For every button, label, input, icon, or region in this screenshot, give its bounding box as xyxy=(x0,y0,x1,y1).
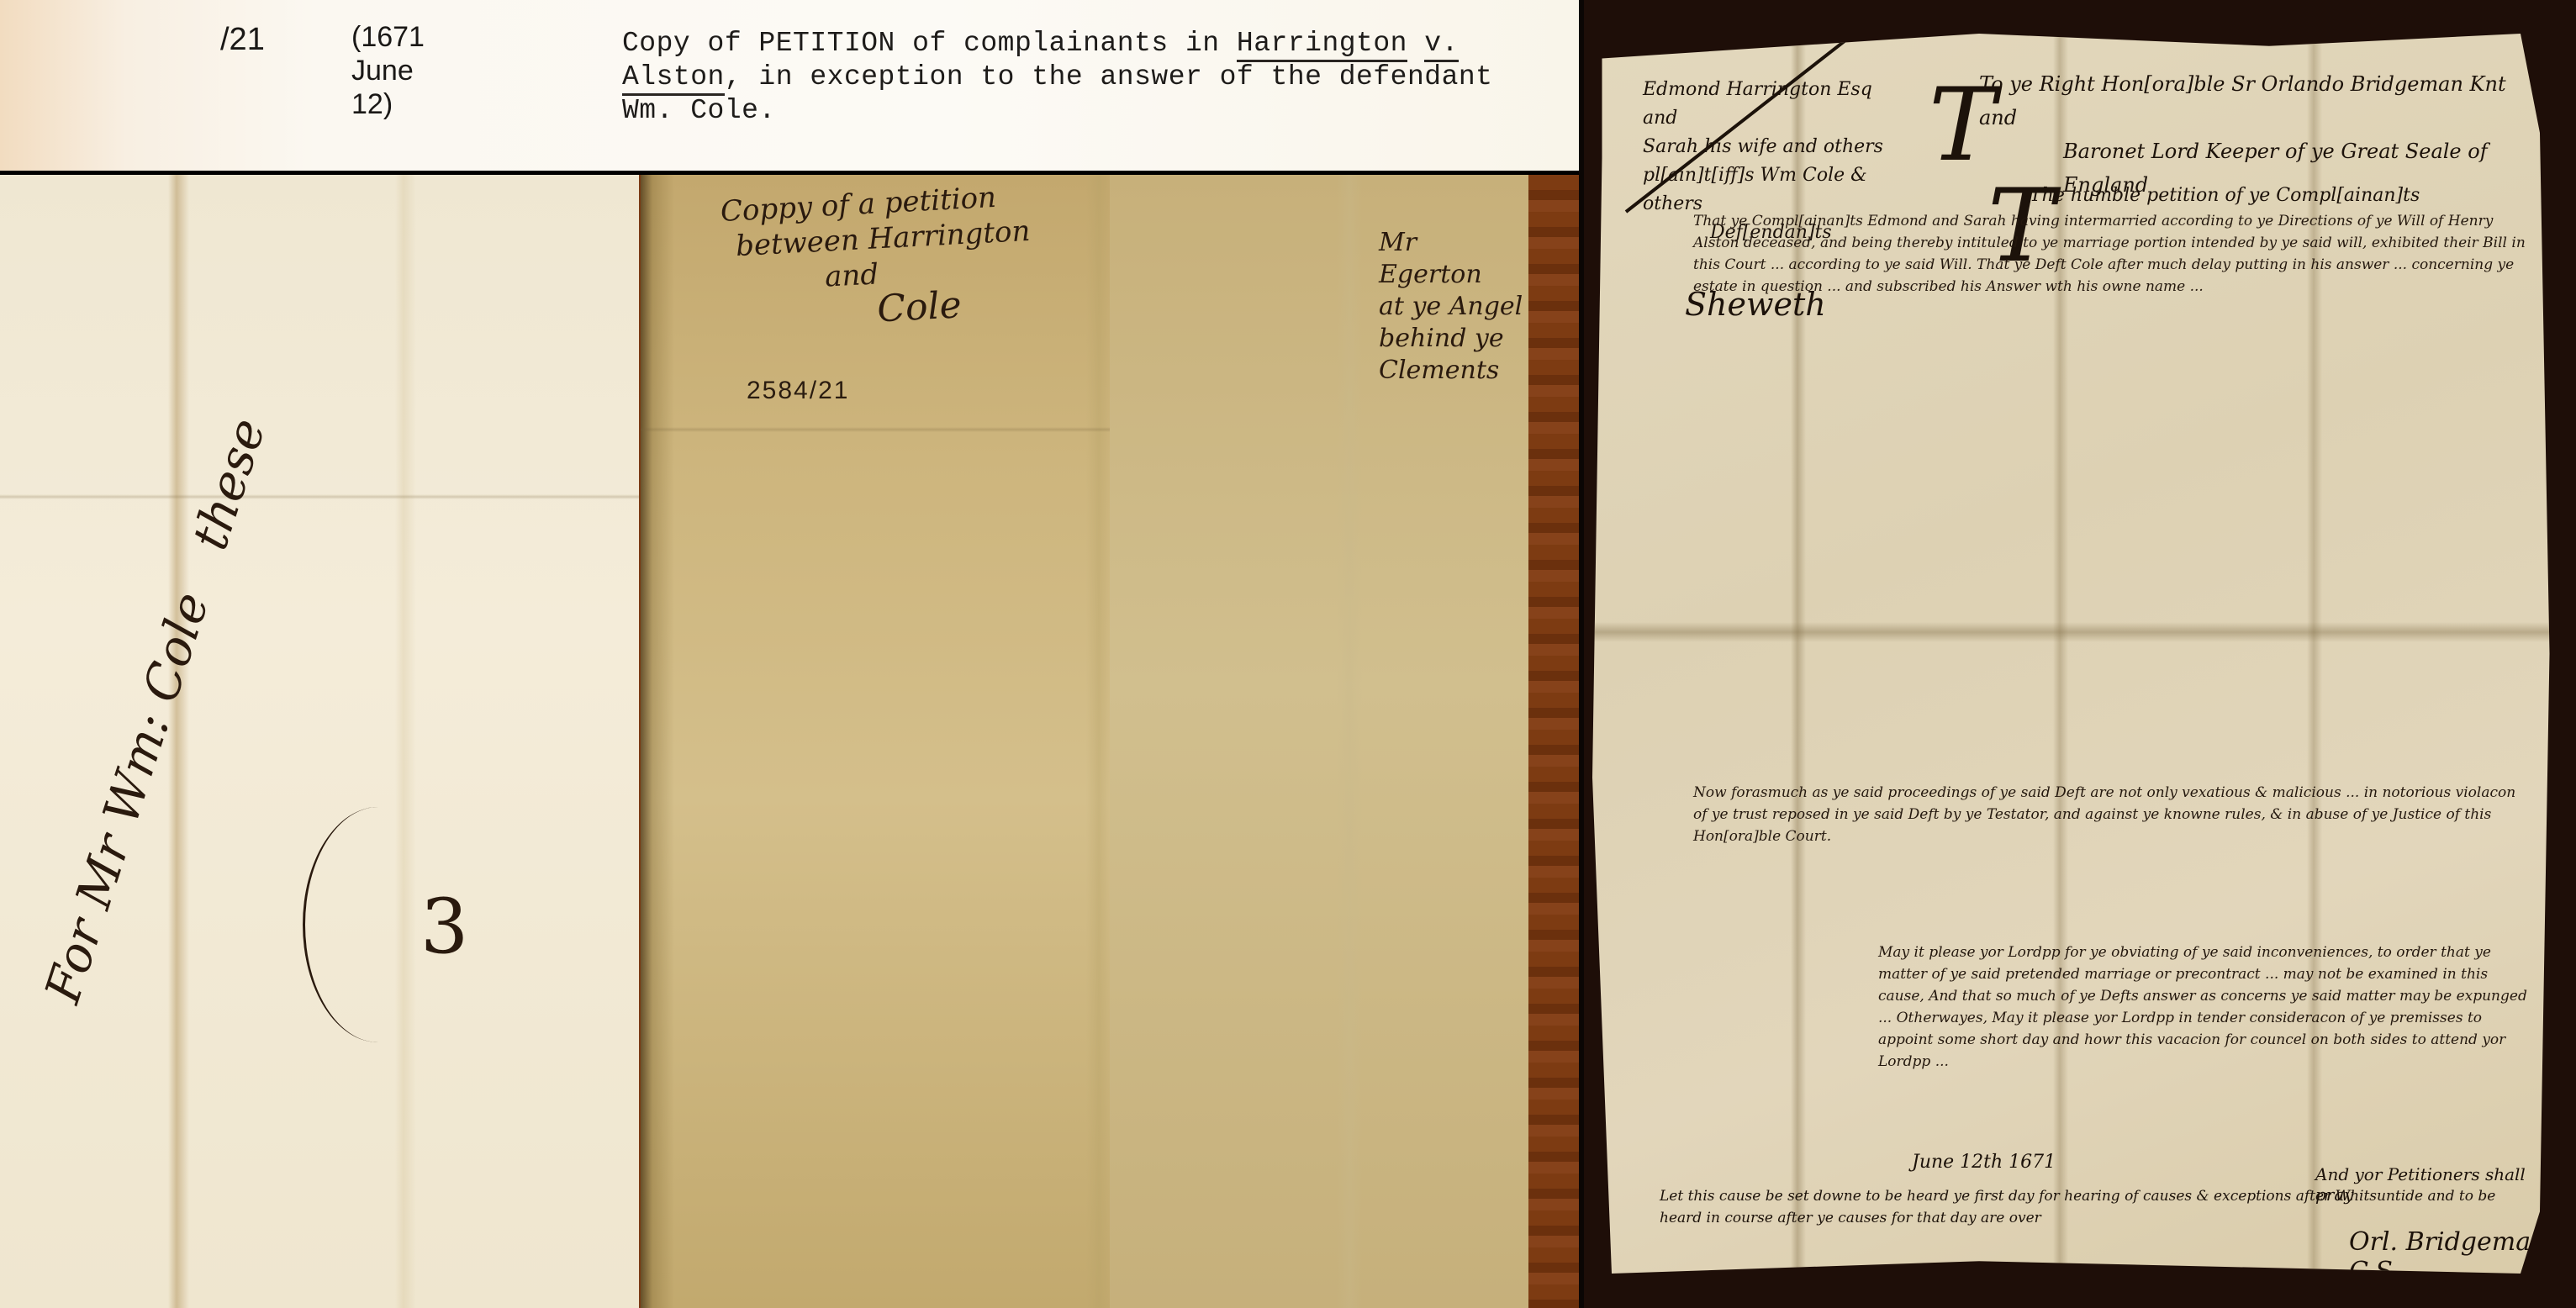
catalog-date: (1671 June 12) xyxy=(351,20,425,121)
archive-number: 2584/21 xyxy=(747,377,849,405)
addressee-heading: To ye Right Hon[ora]ble Sr Orlando Bridg… xyxy=(1979,67,2517,202)
signature-bridgeman: Orl. Bridgeman C.S. xyxy=(2349,1227,2559,1286)
endorsed-sheets-photo xyxy=(0,175,1579,1308)
note-line: behind ye xyxy=(1379,323,1547,355)
fold-line xyxy=(641,427,1128,432)
petition-document-photo: T T Edmond Harrington Esq and Sarah his … xyxy=(1584,0,2576,1308)
catalog-label-card: /21 (1671 June 12) Copy of PETITION of c… xyxy=(0,0,1579,171)
petition-paragraph-2: Now forasmuch as ye said proceedings of … xyxy=(1693,782,2534,847)
case-name-harrington: Harrington xyxy=(1237,28,1407,62)
date-day: 12) xyxy=(351,87,425,121)
catalog-reference-number: /21 xyxy=(220,22,265,58)
petition-sheet: T T Edmond Harrington Esq and Sarah his … xyxy=(1592,34,2559,1274)
outer-sheet-middle xyxy=(641,175,1128,1308)
date-month: June xyxy=(351,54,425,87)
petition-paragraph-1: That ye Compl[ainan]ts Edmond and Sarah … xyxy=(1693,210,2534,298)
date-year: (1671 xyxy=(351,20,425,54)
outer-sheet-left xyxy=(0,175,639,1308)
petition-paragraph-3: May it please yor Lordpp for ye obviatin… xyxy=(1878,941,2534,1073)
endorsement-title: Coppy of a petition between Harrington a… xyxy=(720,176,1079,335)
petition-date: June 12th 1671 xyxy=(1912,1152,2056,1173)
note-line: Egerton xyxy=(1379,259,1547,291)
parties-line: Edmond Harrington Esq and xyxy=(1643,76,1895,133)
note-line: at ye Angel xyxy=(1379,291,1547,323)
fold-line xyxy=(0,494,639,499)
description-text: Copy of PETITION of complainants in xyxy=(622,28,1237,59)
description-text-rest: , in exception to the answer of the defe… xyxy=(622,61,1492,126)
humble-petition-line: The humble petition of ye Compl[ainan]ts xyxy=(2030,185,2420,206)
reference-text: /21 xyxy=(220,22,265,57)
delivery-note: Mr Egerton at ye Angel behind ye Clement… xyxy=(1379,227,1547,387)
numeral-flourish: 3 xyxy=(420,883,468,971)
addressee-line: To ye Right Hon[ora]ble Sr Orlando Bridg… xyxy=(1979,67,2517,134)
note-line: Mr xyxy=(1379,227,1547,259)
catalog-description: Copy of PETITION of complainants in Harr… xyxy=(622,27,1497,128)
note-line: Clements xyxy=(1379,355,1547,387)
parties-line: Sarah his wife and others xyxy=(1643,133,1895,161)
catalog-composite-image: /21 (1671 June 12) Copy of PETITION of c… xyxy=(0,0,1579,1308)
court-order-note: Let this cause be set downe to be heard … xyxy=(1660,1185,2500,1229)
